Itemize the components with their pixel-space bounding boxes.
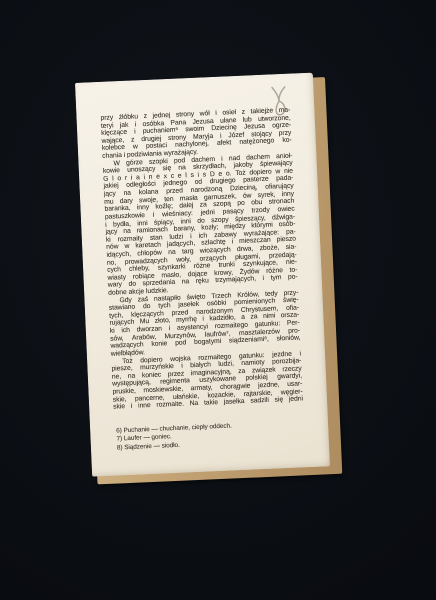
handwritten-page-number: 8	[75, 83, 76, 84]
footnotes: 6) Puchanie — chuchanie, ciepły oddech.7…	[114, 419, 305, 453]
photo-background: { "photo": { "background_color": "#0a0d1…	[0, 0, 436, 600]
page-body-text: przyżłóbkuzjednejstronywółiosiełztakiejż…	[100, 107, 303, 412]
book-page: 8 przyżłóbkuzjednejstronywółiosiełztakie…	[75, 73, 330, 477]
text-block: przyżłóbkuzjednejstronywółiosiełztakiejż…	[100, 107, 305, 454]
book-photo-scene: 8 przyżłóbkuzjednejstronywółiosiełztakie…	[0, 0, 436, 600]
book-page-photo: 8 przyżłóbkuzjednejstronywółiosiełztakie…	[75, 73, 330, 477]
